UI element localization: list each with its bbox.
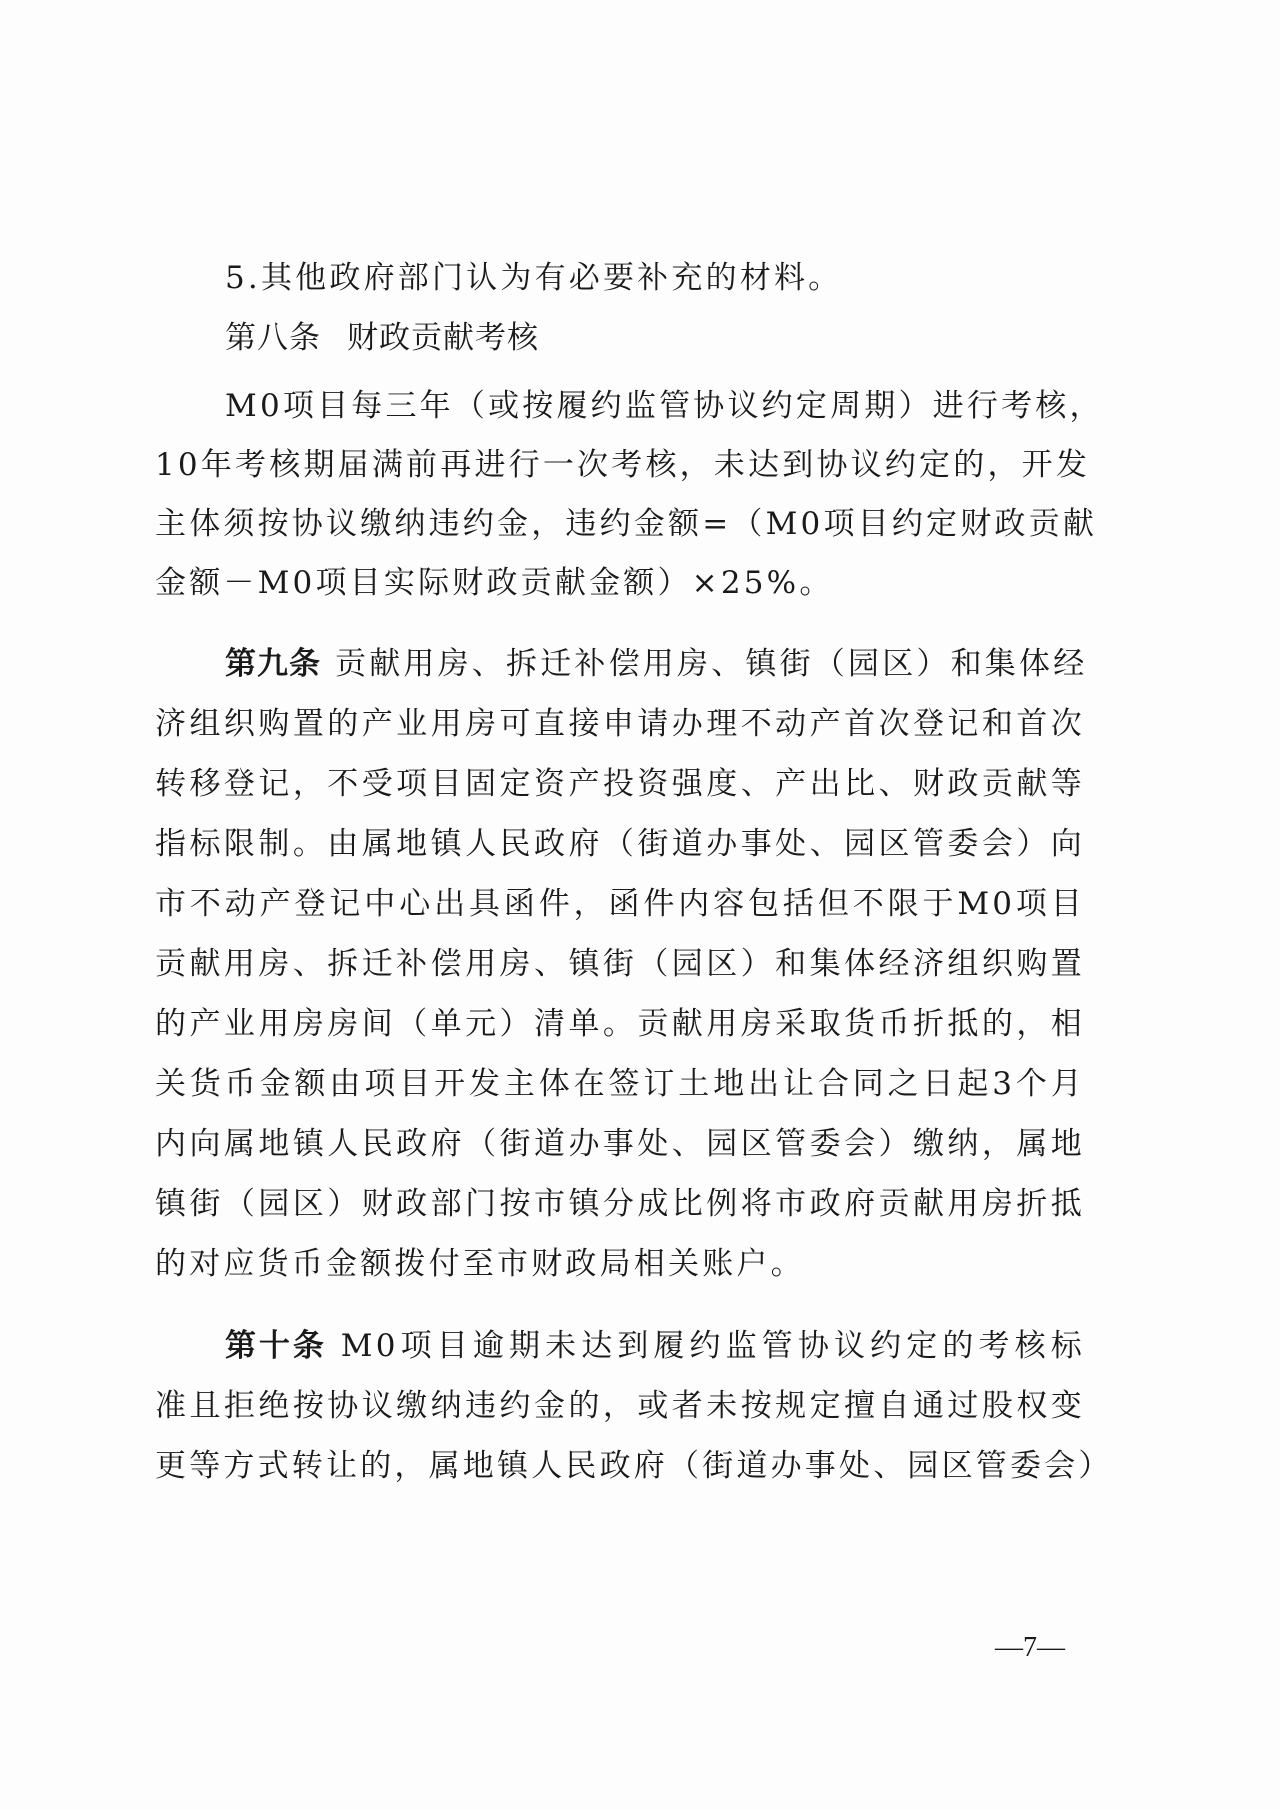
- article-10-label: 第十条: [225, 1328, 327, 1364]
- article-9-line: 关货币金额由项目开发主体在签订土地出让合同之日起3个月: [155, 1064, 1085, 1104]
- article-9-line: 内向属地镇人民政府（街道办事处、园区管委会）缴纳，属地: [155, 1124, 1085, 1164]
- page-number: —7—: [995, 1628, 1065, 1668]
- article-8-heading: 第八条财政贡献考核: [225, 318, 1085, 358]
- article-9-line: 转移登记，不受项目固定资产投资强度、产出比、财政贡献等: [155, 764, 1085, 804]
- article-8-label: 第八条: [225, 320, 321, 356]
- article-10-line: 准且拒绝按协议缴纳违约金的，或者未按规定擅自通过股权变: [155, 1386, 1085, 1426]
- article-8-title: 财政贡献考核: [347, 320, 539, 356]
- article-9-line: 的对应货币金额拨付至市财政局相关账户。: [155, 1244, 1085, 1284]
- article-9-first-line: 第九条贡献用房、拆迁补偿用房、镇街（园区）和集体经: [225, 644, 1085, 684]
- article-9-line: 济组织购置的产业用房可直接申请办理不动产首次登记和首次: [155, 704, 1085, 744]
- article-8-line: 金额－M0项目实际财政贡献金额）×25%。: [155, 563, 1085, 603]
- article-9-line: 市不动产登记中心出具函件，函件内容包括但不限于M0项目: [155, 884, 1085, 924]
- document-page: 5.其他政府部门认为有必要补充的材料。 第八条财政贡献考核 M0项目每三年（或按…: [0, 0, 1280, 1810]
- article-9-text: 贡献用房、拆迁补偿用房、镇街（园区）和集体经: [335, 646, 1087, 682]
- list-item-5: 5.其他政府部门认为有必要补充的材料。: [225, 258, 1085, 298]
- article-9-line: 镇街（园区）财政部门按市镇分成比例将市政府贡献用房折抵: [155, 1184, 1085, 1224]
- article-10-line: 更等方式转让的，属地镇人民政府（街道办事处、园区管委会）: [155, 1446, 1085, 1486]
- article-8-line: M0项目每三年（或按履约监管协议约定周期）进行考核，: [225, 386, 1085, 426]
- article-9-label: 第九条: [225, 646, 321, 682]
- article-9-line: 贡献用房、拆迁补偿用房、镇街（园区）和集体经济组织购置: [155, 944, 1085, 984]
- article-9-line: 指标限制。由属地镇人民政府（街道办事处、园区管委会）向: [155, 824, 1085, 864]
- article-9-line: 的产业用房房间（单元）清单。贡献用房采取货币折抵的，相: [155, 1004, 1085, 1044]
- article-10-text: M0项目逾期未达到履约监管协议约定的考核标: [341, 1328, 1085, 1364]
- article-8-line: 主体须按协议缴纳违约金，违约金额=（M0项目约定财政贡献: [155, 504, 1085, 544]
- article-8-line: 10年考核期届满前再进行一次考核，未达到协议约定的，开发: [155, 445, 1085, 485]
- article-10-first-line: 第十条M0项目逾期未达到履约监管协议约定的考核标: [225, 1326, 1085, 1366]
